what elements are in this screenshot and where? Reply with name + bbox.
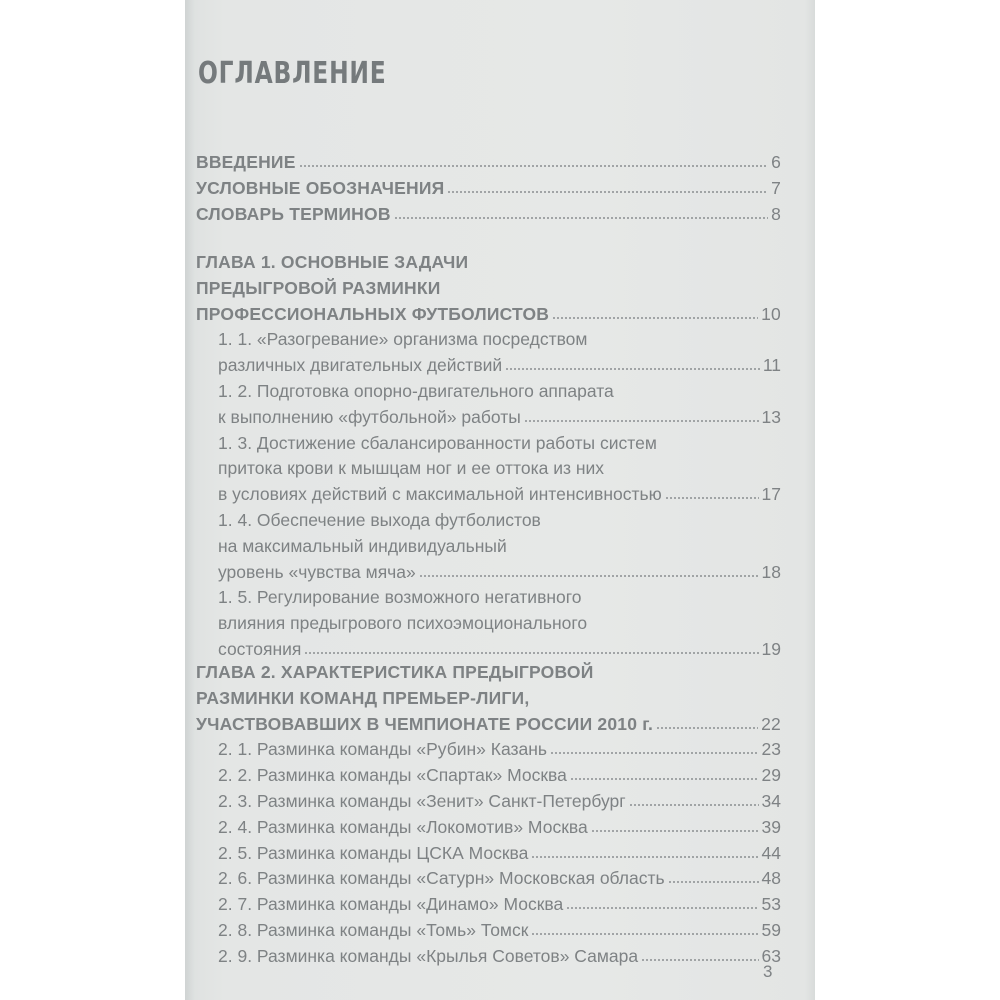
entry-page-number: 39: [762, 817, 781, 838]
entry-text: 1. 3. Достижение сбалансированности рабо…: [218, 433, 657, 454]
entry-text: 2. 8. Разминка команды «Томь» Томск: [218, 920, 528, 941]
entry-text: влияния предыгрового психоэмоционального: [218, 613, 587, 634]
entry-page-number: 53: [762, 894, 781, 915]
entry-text: ГЛАВА 2. ХАРАКТЕРИСТИКА ПРЕДЫГРОВОЙ: [196, 662, 593, 683]
dot-leader: [447, 191, 768, 193]
dot-leader: [531, 933, 758, 935]
page-number: 3: [763, 962, 772, 982]
dot-leader: [299, 165, 768, 167]
dot-leader: [419, 575, 759, 577]
toc-section-entry: притока крови к мышцам ног и ее оттока и…: [218, 458, 781, 484]
entry-page-number: 7: [771, 178, 781, 199]
entry-text: УЧАСТВОВАВШИХ В ЧЕМПИОНАТЕ РОССИИ 2010 г…: [196, 714, 653, 735]
toc-section-entry: 2. 6. Разминка команды «Сатурн» Московск…: [218, 868, 781, 894]
entry-text: состояния: [218, 639, 301, 660]
chapter-heading: ГЛАВА 2. ХАРАКТЕРИСТИКА ПРЕДЫГРОВОЙ: [196, 662, 781, 688]
entry-text: ГЛАВА 1. ОСНОВНЫЕ ЗАДАЧИ: [196, 252, 468, 273]
entry-page-number: 29: [762, 765, 781, 786]
entry-text: ПРЕДЫГРОВОЙ РАЗМИНКИ: [196, 278, 441, 299]
toc-section-entry: 1. 3. Достижение сбалансированности рабо…: [218, 433, 781, 459]
toc-section-entry: 2. 5. Разминка команды ЦСКА Москва44: [218, 843, 781, 869]
entry-text: УСЛОВНЫЕ ОБОЗНАЧЕНИЯ: [196, 178, 444, 199]
dot-leader: [550, 752, 759, 754]
entry-text: 2. 4. Разминка команды «Локомотив» Москв…: [218, 817, 588, 838]
toc-entry: УСЛОВНЫЕ ОБОЗНАЧЕНИЯ7: [196, 178, 781, 204]
chapter-heading: ПРОФЕССИОНАЛЬНЫХ ФУТБОЛИСТОВ10: [196, 304, 781, 330]
dot-leader: [641, 959, 758, 961]
chapter-heading: РАЗМИНКИ КОМАНД ПРЕМЬЕР-ЛИГИ,: [196, 688, 781, 714]
toc-section-entry: 1. 2. Подготовка опорно-двигательного ап…: [218, 381, 781, 407]
entry-page-number: 13: [762, 407, 781, 428]
entry-text: ВВЕДЕНИЕ: [196, 152, 296, 173]
dot-leader: [656, 727, 758, 729]
entry-page-number: 17: [762, 484, 781, 505]
entry-text: различных двигательных действий: [218, 355, 502, 376]
entry-page-number: 59: [762, 920, 781, 941]
entry-text: на максимальный индивидуальный: [218, 536, 507, 557]
entry-text: притока крови к мышцам ног и ее оттока и…: [218, 458, 604, 479]
dot-leader: [629, 804, 759, 806]
toc-section-entry: к выполнению «футбольной» работы13: [218, 407, 781, 433]
entry-page-number: 44: [762, 843, 781, 864]
entry-page-number: 48: [762, 868, 781, 889]
entry-page-number: 19: [762, 639, 781, 660]
entry-text: РАЗМИНКИ КОМАНД ПРЕМЬЕР-ЛИГИ,: [196, 688, 529, 709]
entry-text: 2. 9. Разминка команды «Крылья Советов» …: [218, 946, 638, 967]
entry-text: к выполнению «футбольной» работы: [218, 407, 521, 428]
toc-section-entry: в условиях действий с максимальной интен…: [218, 484, 781, 510]
toc-entry: ВВЕДЕНИЕ6: [196, 152, 781, 178]
dot-leader: [394, 217, 768, 219]
toc-section-entry: различных двигательных действий11: [218, 355, 781, 381]
entry-text: 2. 3. Разминка команды «Зенит» Санкт-Пет…: [218, 791, 626, 812]
entry-text: 1. 2. Подготовка опорно-двигательного ап…: [218, 381, 614, 402]
dot-leader: [505, 368, 760, 370]
toc-section-entry: 2. 3. Разминка команды «Зенит» Санкт-Пет…: [218, 791, 781, 817]
toc-section-entry: 2. 4. Разминка команды «Локомотив» Москв…: [218, 817, 781, 843]
chapter-heading: ПРЕДЫГРОВОЙ РАЗМИНКИ: [196, 278, 781, 304]
entry-text: 2. 1. Разминка команды «Рубин» Казань: [218, 739, 547, 760]
entry-text: 2. 2. Разминка команды «Спартак» Москва: [218, 765, 567, 786]
entry-text: 2. 7. Разминка команды «Динамо» Москва: [218, 894, 563, 915]
entry-text: уровень «чувства мяча»: [218, 562, 416, 583]
entry-page-number: 34: [762, 791, 781, 812]
dot-leader: [524, 420, 759, 422]
entry-page-number: 22: [761, 714, 781, 735]
toc-section-entry: влияния предыгрового психоэмоционального: [218, 613, 781, 639]
toc-section-entry: 2. 9. Разминка команды «Крылья Советов» …: [218, 946, 781, 972]
dot-leader: [591, 830, 759, 832]
entry-page-number: 11: [763, 355, 781, 376]
dot-leader: [665, 497, 759, 499]
book-page: ОГЛАВЛЕНИЕ ВВЕДЕНИЕ6УСЛОВНЫЕ ОБОЗНАЧЕНИЯ…: [185, 0, 815, 1000]
entry-page-number: 10: [761, 304, 781, 325]
entry-text: 1. 5. Регулирование возможного негативно…: [218, 587, 582, 608]
dot-leader: [566, 907, 758, 909]
page-title: ОГЛАВЛЕНИЕ: [198, 56, 387, 91]
dot-leader: [531, 856, 758, 858]
dot-leader: [304, 652, 758, 654]
entry-page-number: 23: [762, 739, 781, 760]
entry-text: в условиях действий с максимальной интен…: [218, 484, 662, 505]
entry-text: ПРОФЕССИОНАЛЬНЫХ ФУТБОЛИСТОВ: [196, 304, 549, 325]
dot-leader: [570, 778, 759, 780]
chapter-heading: ГЛАВА 1. ОСНОВНЫЕ ЗАДАЧИ: [196, 252, 781, 278]
entry-text: 1. 1. «Разогревание» организма посредств…: [218, 329, 587, 350]
toc-section-entry: 1. 5. Регулирование возможного негативно…: [218, 587, 781, 613]
chapter-heading: УЧАСТВОВАВШИХ В ЧЕМПИОНАТЕ РОССИИ 2010 г…: [196, 714, 781, 740]
entry-text: 2. 5. Разминка команды ЦСКА Москва: [218, 843, 528, 864]
entry-page-number: 6: [771, 152, 781, 173]
toc-section-entry: 1. 1. «Разогревание» организма посредств…: [218, 329, 781, 355]
toc-section-entry: 2. 2. Разминка команды «Спартак» Москва2…: [218, 765, 781, 791]
entry-page-number: 8: [771, 204, 781, 225]
toc-entry: СЛОВАРЬ ТЕРМИНОВ8: [196, 204, 781, 230]
toc-section-entry: уровень «чувства мяча»18: [218, 562, 781, 588]
toc-section-entry: 1. 4. Обеспечение выхода футболистов: [218, 510, 781, 536]
entry-text: 2. 6. Разминка команды «Сатурн» Московск…: [218, 868, 665, 889]
entry-text: СЛОВАРЬ ТЕРМИНОВ: [196, 204, 391, 225]
toc-section-entry: 2. 7. Разминка команды «Динамо» Москва53: [218, 894, 781, 920]
toc-section-entry: на максимальный индивидуальный: [218, 536, 781, 562]
entry-text: 1. 4. Обеспечение выхода футболистов: [218, 510, 541, 531]
dot-leader: [668, 881, 759, 883]
toc-section-entry: 2. 1. Разминка команды «Рубин» Казань23: [218, 739, 781, 765]
toc-section-entry: 2. 8. Разминка команды «Томь» Томск59: [218, 920, 781, 946]
dot-leader: [552, 317, 758, 319]
entry-page-number: 18: [762, 562, 781, 583]
